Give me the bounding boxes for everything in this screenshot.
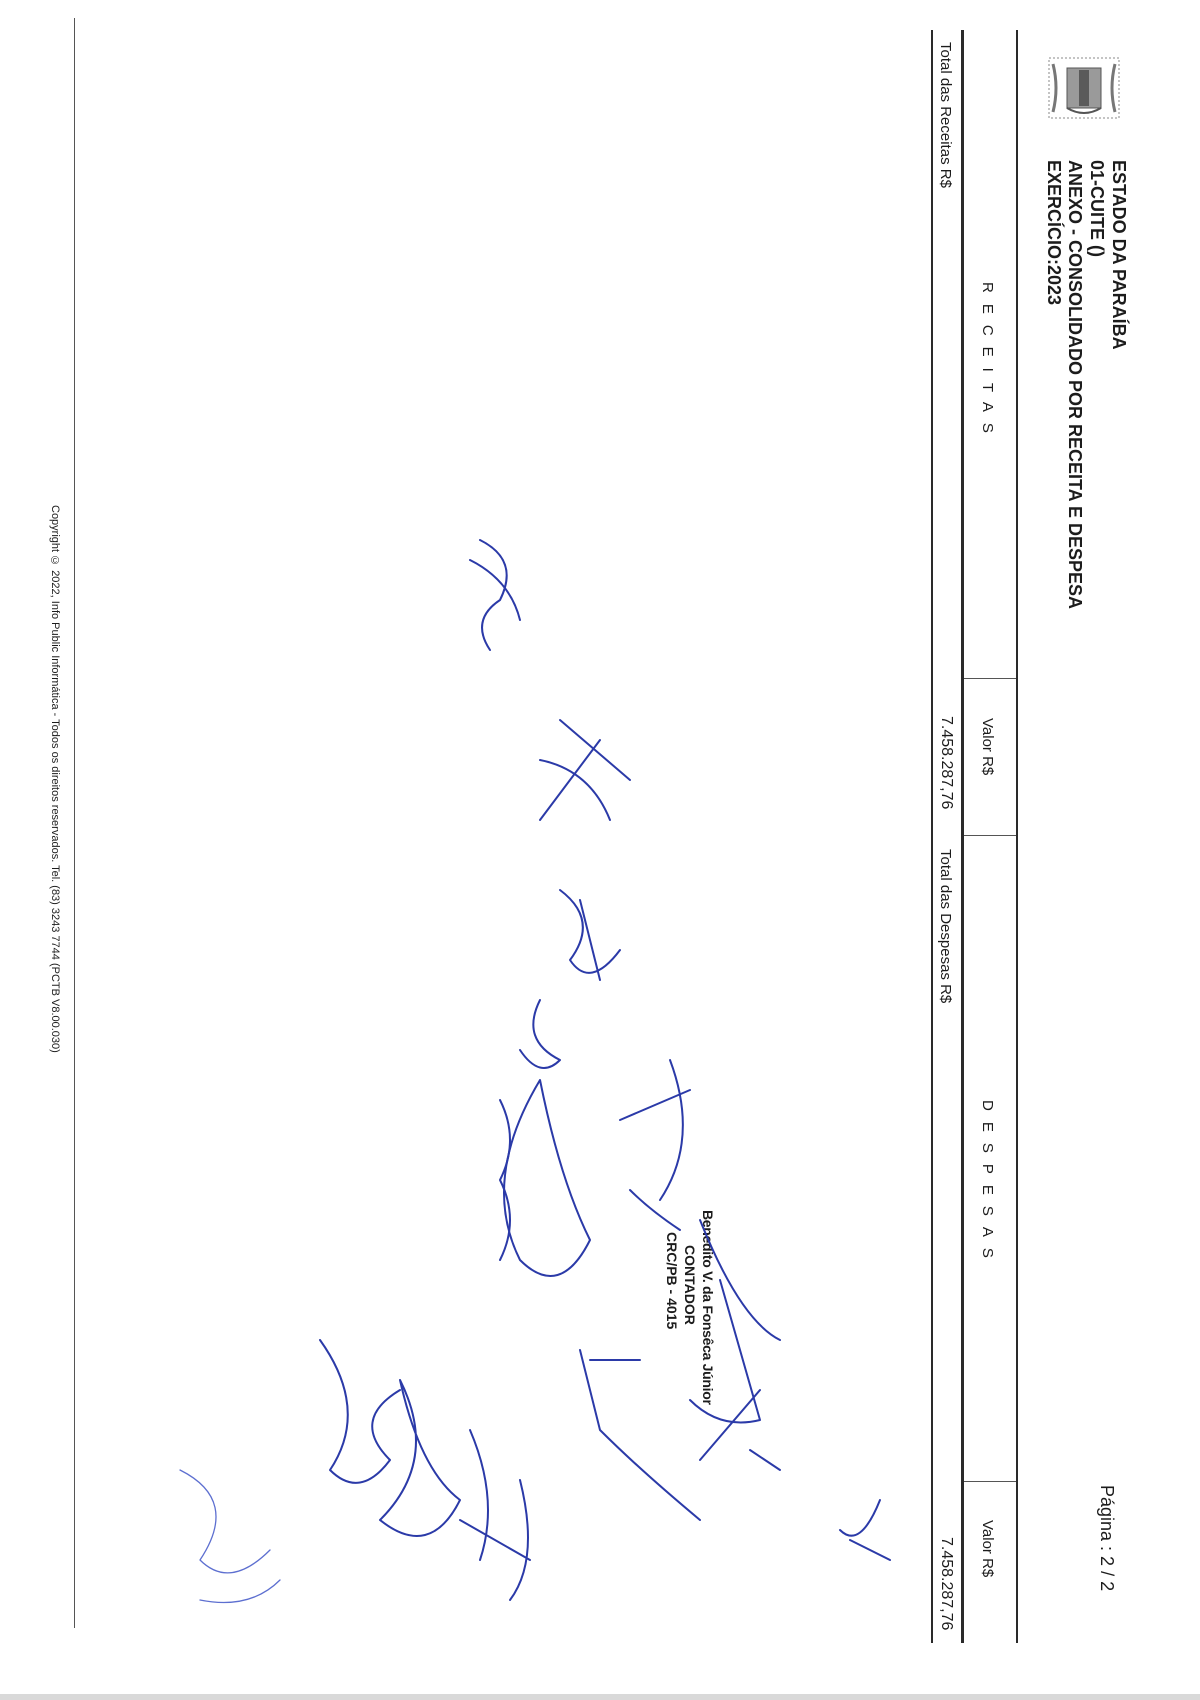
footer-rule [74, 18, 75, 1628]
scan-edge [0, 1694, 1200, 1700]
footer-copyright: Copyright © 2022, Info Public Informátic… [49, 505, 61, 1053]
handwritten-signatures [0, 0, 1200, 1700]
